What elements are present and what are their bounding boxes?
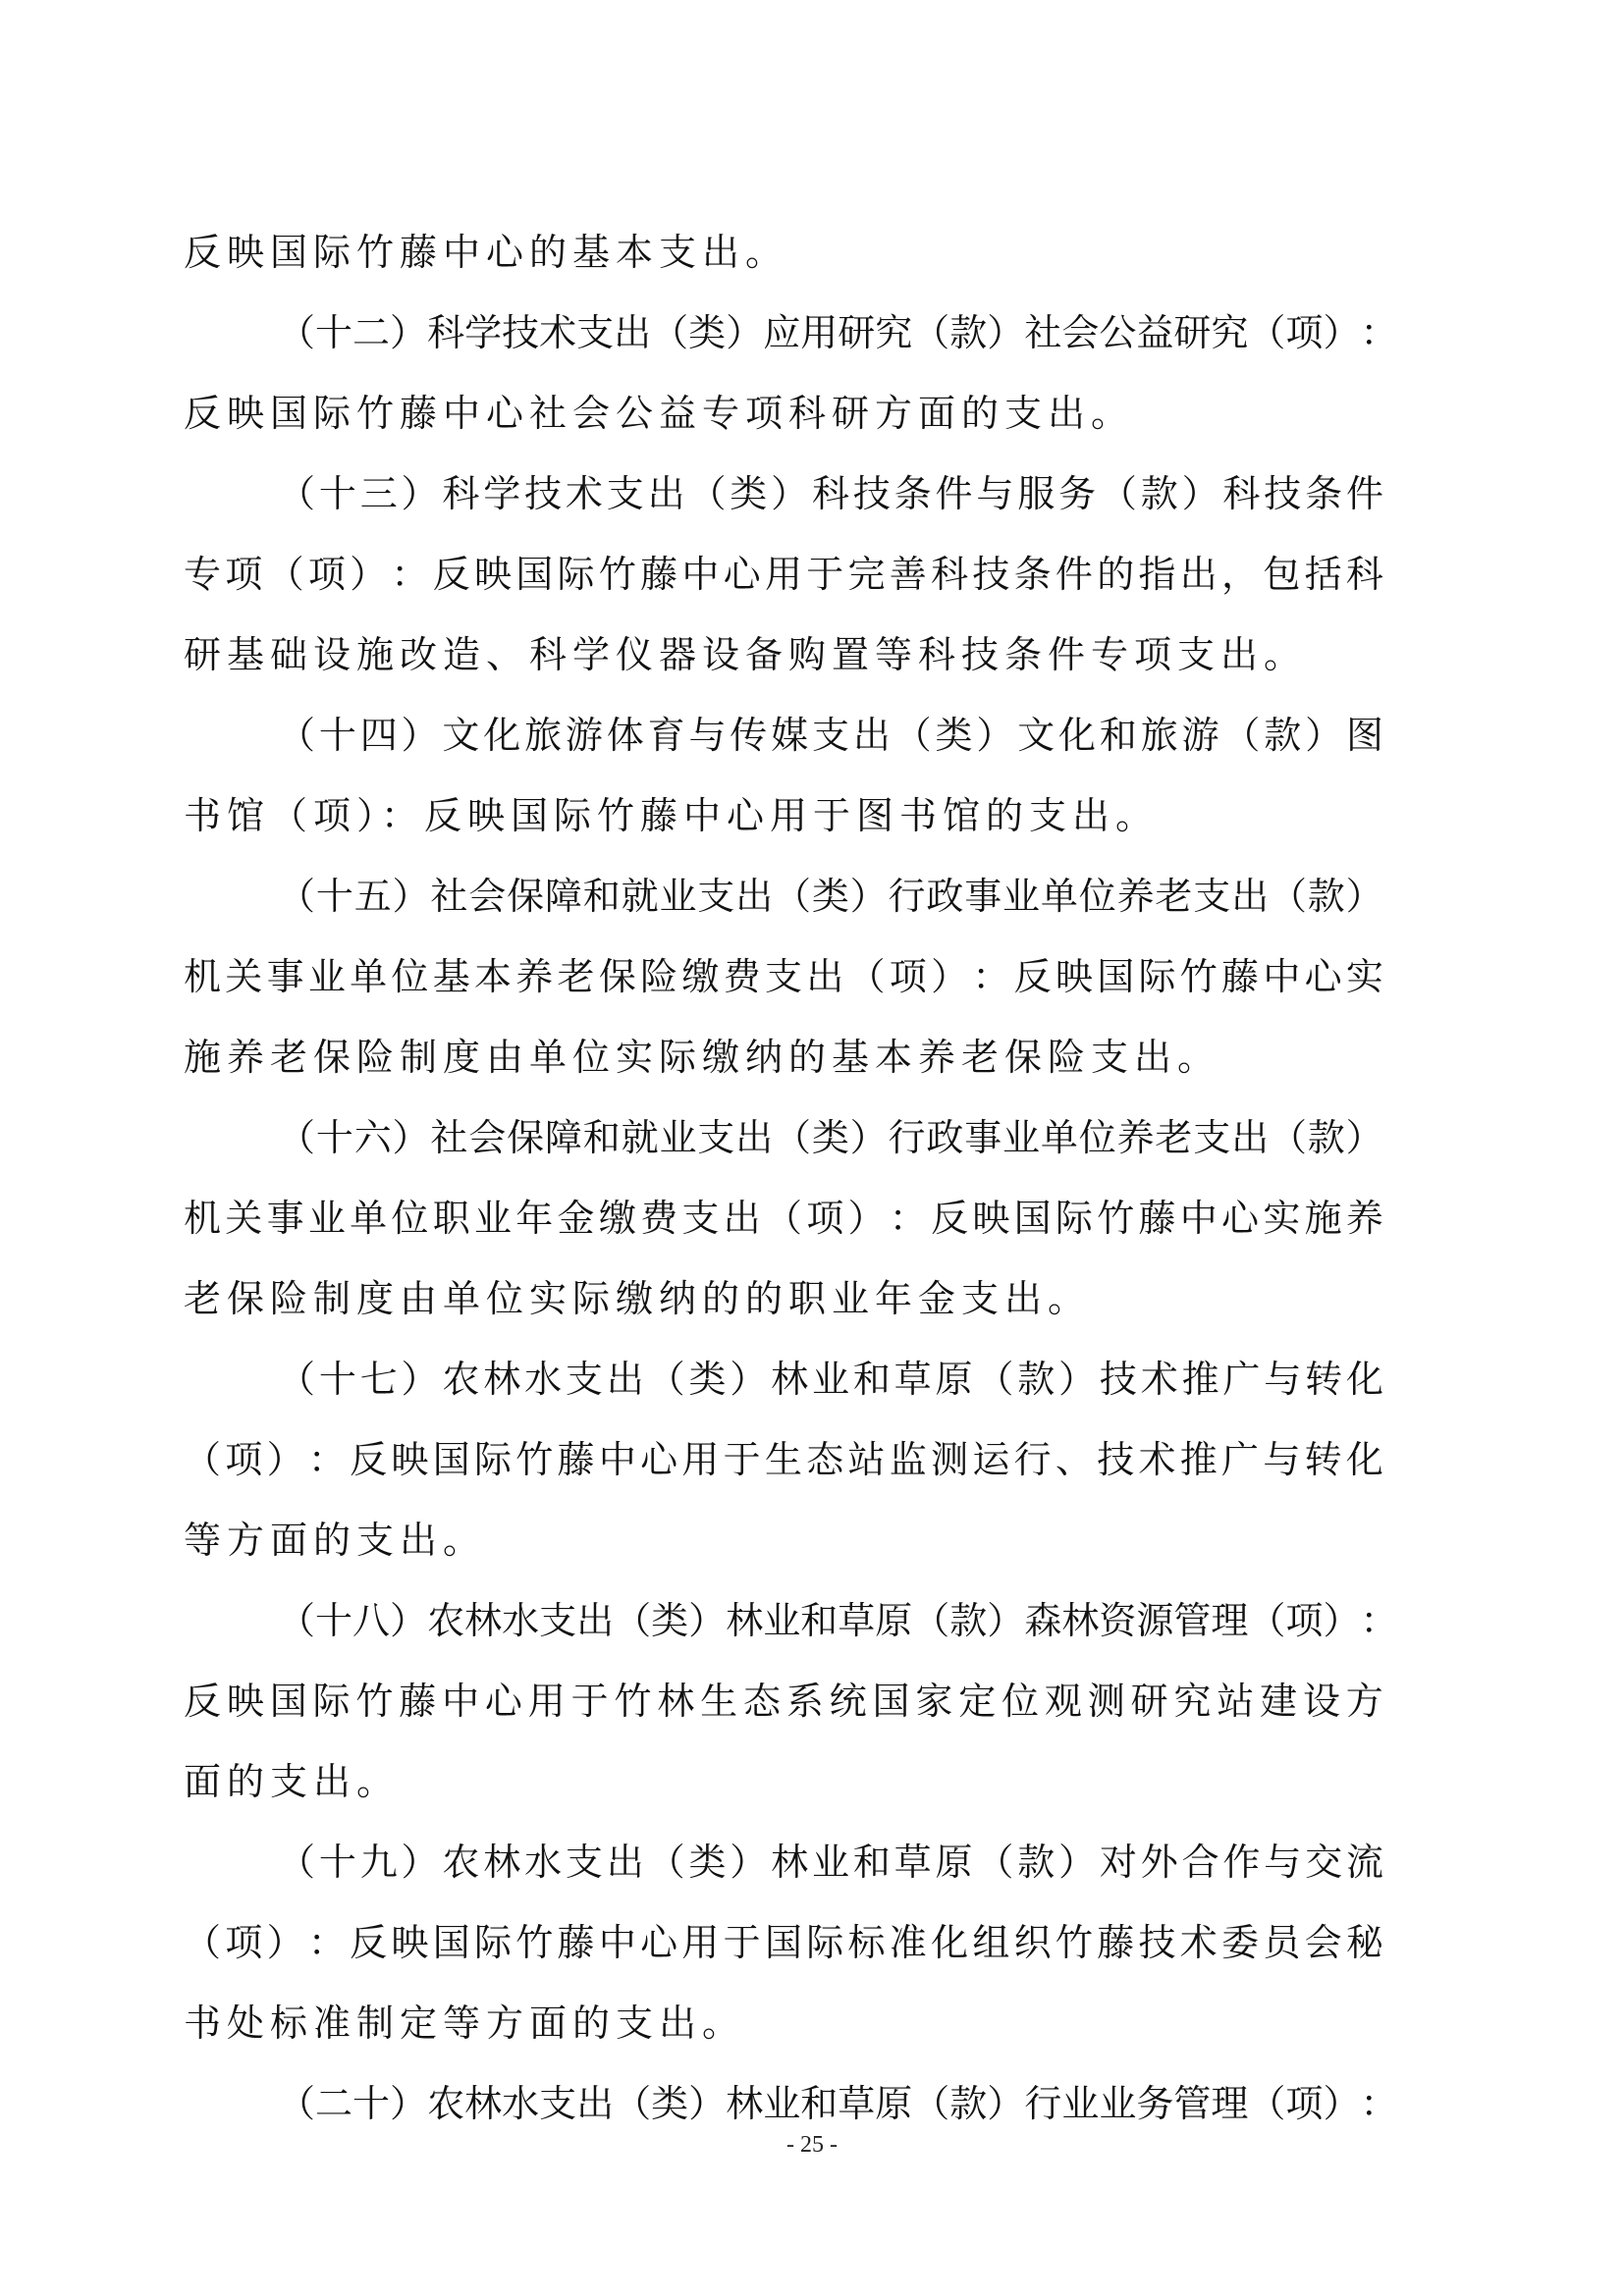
paragraph-line: 面的支出。 [184, 1741, 1383, 1822]
paragraph-line: （项）：反映国际竹藤中心用于国际标准化组织竹藤技术委员会秘 [184, 1902, 1383, 1983]
paragraph-line: 施养老保险制度由单位实际缴纳的基本养老保险支出。 [184, 1017, 1383, 1097]
paragraph-line: 机关事业单位基本养老保险缴费支出（项）：反映国际竹藤中心实 [184, 936, 1383, 1017]
paragraph-line: 书处标准制定等方面的支出。 [184, 1983, 1383, 2063]
document-page: 反映国际竹藤中心的基本支出。 （十二）科学技术支出（类）应用研究（款）社会公益研… [0, 0, 1624, 2296]
document-body: 反映国际竹藤中心的基本支出。 （十二）科学技术支出（类）应用研究（款）社会公益研… [184, 212, 1383, 2144]
paragraph-line: （十七）农林水支出（类）林业和草原（款）技术推广与转化 [184, 1339, 1383, 1419]
paragraph-line: 老保险制度由单位实际缴纳的的职业年金支出。 [184, 1258, 1383, 1339]
paragraph-line: （项）：反映国际竹藤中心用于生态站监测运行、技术推广与转化 [184, 1419, 1383, 1500]
paragraph-line: 机关事业单位职业年金缴费支出（项）：反映国际竹藤中心实施养 [184, 1178, 1383, 1258]
paragraph-line: 研基础设施改造、科学仪器设备购置等科技条件专项支出。 [184, 614, 1383, 695]
paragraph-line: （十八）农林水支出（类）林业和草原（款）森林资源管理（项）： [184, 1580, 1383, 1661]
paragraph-line: 反映国际竹藤中心用于竹林生态系统国家定位观测研究站建设方 [184, 1661, 1383, 1741]
paragraph-line: （十九）农林水支出（类）林业和草原（款）对外合作与交流 [184, 1822, 1383, 1902]
paragraph-line: 等方面的支出。 [184, 1500, 1383, 1580]
paragraph-line: （十三）科学技术支出（类）科技条件与服务（款）科技条件 [184, 454, 1383, 534]
paragraph-line: 书馆（项）：反映国际竹藤中心用于图书馆的支出。 [184, 775, 1383, 856]
paragraph-line: 反映国际竹藤中心社会公益专项科研方面的支出。 [184, 373, 1383, 454]
paragraph-line: （十二）科学技术支出（类）应用研究（款）社会公益研究（项）： [184, 293, 1383, 373]
paragraph-line: （十五）社会保障和就业支出（类）行政事业单位养老支出（款） [184, 856, 1383, 936]
paragraph-line: （十六）社会保障和就业支出（类）行政事业单位养老支出（款） [184, 1097, 1383, 1178]
page-number: - 25 - [0, 2132, 1624, 2159]
paragraph-line: 反映国际竹藤中心的基本支出。 [184, 212, 1383, 293]
paragraph-line: （十四）文化旅游体育与传媒支出（类）文化和旅游（款）图 [184, 695, 1383, 775]
paragraph-line: 专项（项）：反映国际竹藤中心用于完善科技条件的指出，包括科 [184, 534, 1383, 614]
